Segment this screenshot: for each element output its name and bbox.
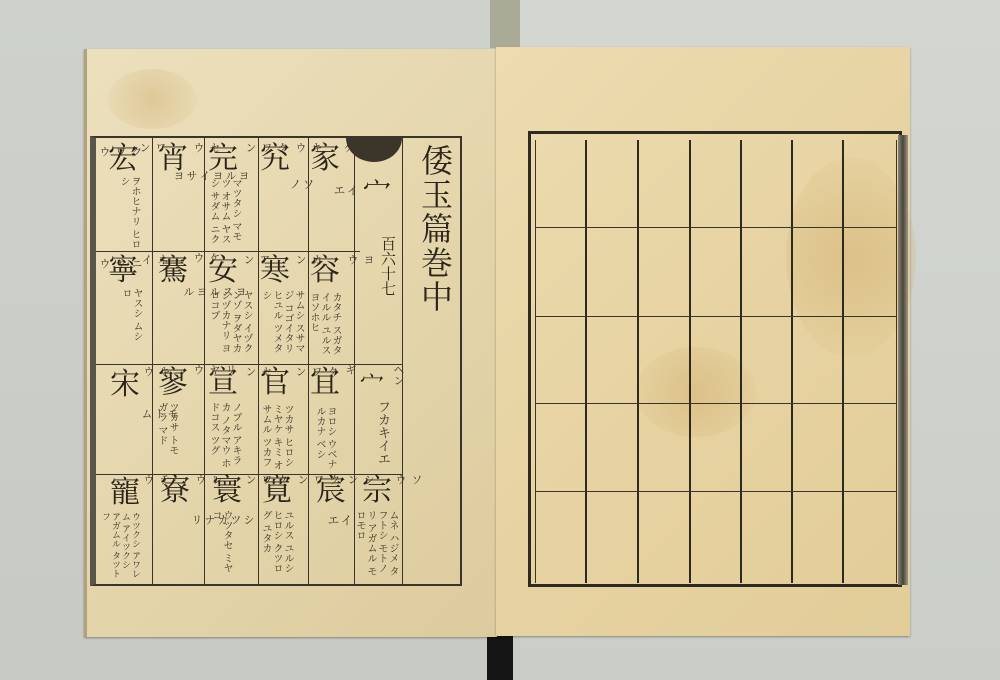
entry-kun: ノブル アキラカ ノタマウ ホドコス ツグ	[208, 402, 241, 472]
entry-kun: ツカサ ヒロシ ミヤケ キミ オサムル ツカフ	[260, 404, 293, 474]
grid-line-horizontal	[535, 491, 897, 492]
grid-line-horizontal	[535, 403, 897, 404]
title-column: 倭玉篇巻中	[402, 138, 458, 584]
entry-kun: ヨスル ヨル	[182, 286, 247, 297]
book-fore-edge	[898, 135, 908, 585]
radical-heading: 宀	[363, 170, 391, 210]
entry-on: クワン	[294, 474, 342, 485]
entry-kun: シツカナリ	[190, 514, 255, 525]
paper-stain	[107, 69, 197, 129]
radical-heading-2: 宀	[360, 364, 384, 399]
grid-line-horizontal	[535, 227, 897, 228]
grid-line-vertical	[689, 140, 691, 583]
section-count: 百六十七	[378, 236, 399, 296]
grid-line-vertical	[637, 140, 639, 583]
entry-kun: マツタシ マモツ オサム ヤスシ サダム ニク	[208, 178, 241, 248]
book-clip	[487, 636, 513, 680]
entry-kun: ソノ	[288, 178, 314, 190]
grid-line-vertical	[842, 140, 844, 583]
entry-kun: イエ	[326, 514, 352, 526]
entry-kun: ヤスシ イヅクンゾ ヲダヤカ シヅカナリ ヨロコブ	[208, 290, 252, 362]
entry-on: ヨウ	[344, 254, 376, 265]
entry-on: クワン	[242, 142, 290, 153]
entry-kun: カタチ スガタ イルル ユルス ヨソホヒ	[308, 292, 341, 364]
entry-kun: ヲホヒナリ ヒロシ	[118, 176, 140, 252]
entry-alt-reading: ニヤウ	[96, 258, 144, 269]
column-rule	[152, 138, 153, 584]
entry-on: キウ	[292, 142, 324, 153]
radical-gloss: フカキイエ	[376, 400, 389, 465]
entry-kun: ヨル ヨイ サヨ	[172, 170, 250, 181]
entry-kun: ユルス ユルシ ヒロシ クツログ ユタカ	[260, 510, 293, 582]
entry-kun: ヨロシ ウベナルカナ ベシ	[314, 406, 336, 472]
entry-kun: ムネ ハジメ タフトシ モトノリ アガムル モロモロ	[354, 510, 398, 580]
book-gutter	[490, 0, 520, 48]
entry-kanji: 宋	[110, 370, 140, 400]
entry-on: ソウ	[392, 474, 424, 485]
entry-kanji: 宗	[362, 476, 392, 506]
entry-kun: ウツクシ アワレム アイツクシ アガムル タツトフ	[100, 512, 140, 580]
grid-line-vertical	[740, 140, 742, 583]
entry-on: カン	[292, 254, 324, 265]
entry-kun: サムシ スサマジ コゴイタリ ヒユル ツメタシ	[260, 290, 304, 362]
entry-on: セウ	[190, 142, 222, 153]
entry-on: ケウ	[190, 252, 222, 263]
book-title: 倭玉篇巻中	[412, 144, 458, 314]
entry-alt-reading: クワウ	[96, 146, 144, 157]
entry-kun: イエ	[332, 184, 358, 196]
entry-on: クワン	[242, 474, 290, 485]
entry-on: ギ	[342, 364, 358, 375]
radical-reading: ヘン	[390, 364, 406, 386]
column-rule	[258, 138, 259, 584]
entry-on: セン	[242, 366, 274, 377]
entry-on: クワン	[292, 366, 340, 377]
entry-on: ケ	[340, 142, 356, 153]
grid-line-vertical	[791, 140, 793, 583]
entry-on: リヤウ	[190, 364, 238, 375]
grid-line-horizontal	[535, 316, 897, 317]
entry-kun: ヤスシ ムシロ	[120, 288, 142, 348]
entry-on: レウ	[192, 474, 224, 485]
entry-on: キウ	[140, 366, 172, 377]
grid-line-vertical	[585, 140, 587, 583]
entry-on: テウ	[140, 474, 172, 485]
entry-kanji: 寵	[110, 478, 140, 508]
entry-on: アン	[240, 254, 272, 265]
entry-kun: モトム	[140, 408, 179, 419]
